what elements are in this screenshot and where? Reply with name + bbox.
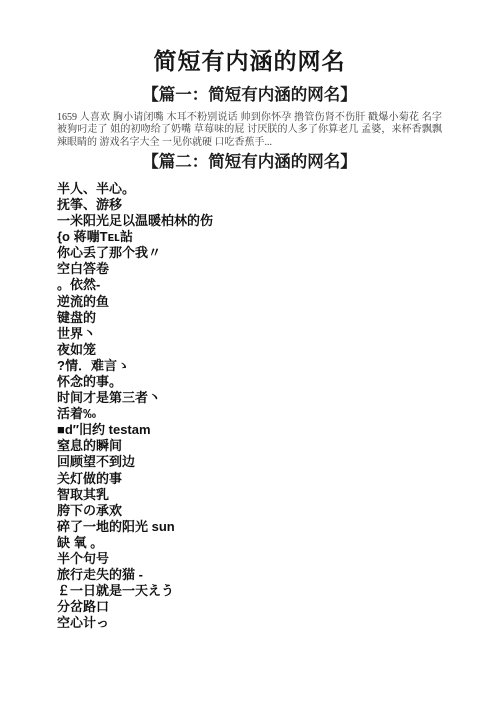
page-title: 简短有内涵的网名 xyxy=(57,46,442,78)
net-name-item: 时间才是第三者丶 xyxy=(57,390,442,406)
net-name-item: 一米阳光足以温暖柏林的伤 xyxy=(57,213,442,229)
net-name-item: {o 蒋嘣Tᴇʟ詀 xyxy=(57,229,442,245)
net-name-item: 智取其乳 xyxy=(57,487,442,503)
net-name-item: 胯下の承欢 xyxy=(57,503,442,519)
net-name-item: 怀念的事。 xyxy=(57,374,442,390)
name-list: 半人、半心。抚筝、游移一米阳光足以温暖柏林的伤{o 蒋嘣Tᴇʟ詀你心丢了那个我〃… xyxy=(57,181,442,632)
net-name-item: 抚筝、游移 xyxy=(57,197,442,213)
net-name-item: 空白答卷 xyxy=(57,261,442,277)
net-name-item: 碎了一地的阳光 sun xyxy=(57,519,442,535)
net-name-item: 空心计っ xyxy=(57,615,442,631)
net-name-item: 逆流的鱼 xyxy=(57,294,442,310)
net-name-item: 旅行走失的猫 - xyxy=(57,567,442,583)
intro-paragraph: 1659 人喜欢 胸小请闭嘴 木耳不粉别说话 帅到你怀孕 撸管伤肾不伤肝 戳爆小… xyxy=(57,112,442,149)
net-name-item: 关灯做的事 xyxy=(57,471,442,487)
net-name-item: 世界丶 xyxy=(57,326,442,342)
net-name-item: 回顾望不到边 xyxy=(57,454,442,470)
net-name-item: ?情．难言ゝ xyxy=(57,358,442,374)
document-page: 简短有内涵的网名 【篇一：简短有内涵的网名】 1659 人喜欢 胸小请闭嘴 木耳… xyxy=(0,0,496,702)
section-one-heading: 【篇一：简短有内涵的网名】 xyxy=(57,84,442,106)
net-name-item: 你心丢了那个我〃 xyxy=(57,245,442,261)
net-name-item: 缺 氧 。 xyxy=(57,535,442,551)
net-name-item: 半人、半心。 xyxy=(57,181,442,197)
section-two-heading: 【篇二：简短有内涵的网名】 xyxy=(57,151,442,173)
net-name-item: ■d″旧约 testam xyxy=(57,422,442,438)
net-name-item: 键盘的 xyxy=(57,310,442,326)
net-name-item: 活着‰ xyxy=(57,406,442,422)
net-name-item: 窒息的瞬间 xyxy=(57,438,442,454)
net-name-item: 半个句号 xyxy=(57,551,442,567)
net-name-item: 分岔路口 xyxy=(57,599,442,615)
net-name-item: 。依然- xyxy=(57,277,442,293)
net-name-item: ￡一日就是一天えう xyxy=(57,583,442,599)
net-name-item: 夜如笼 xyxy=(57,342,442,358)
